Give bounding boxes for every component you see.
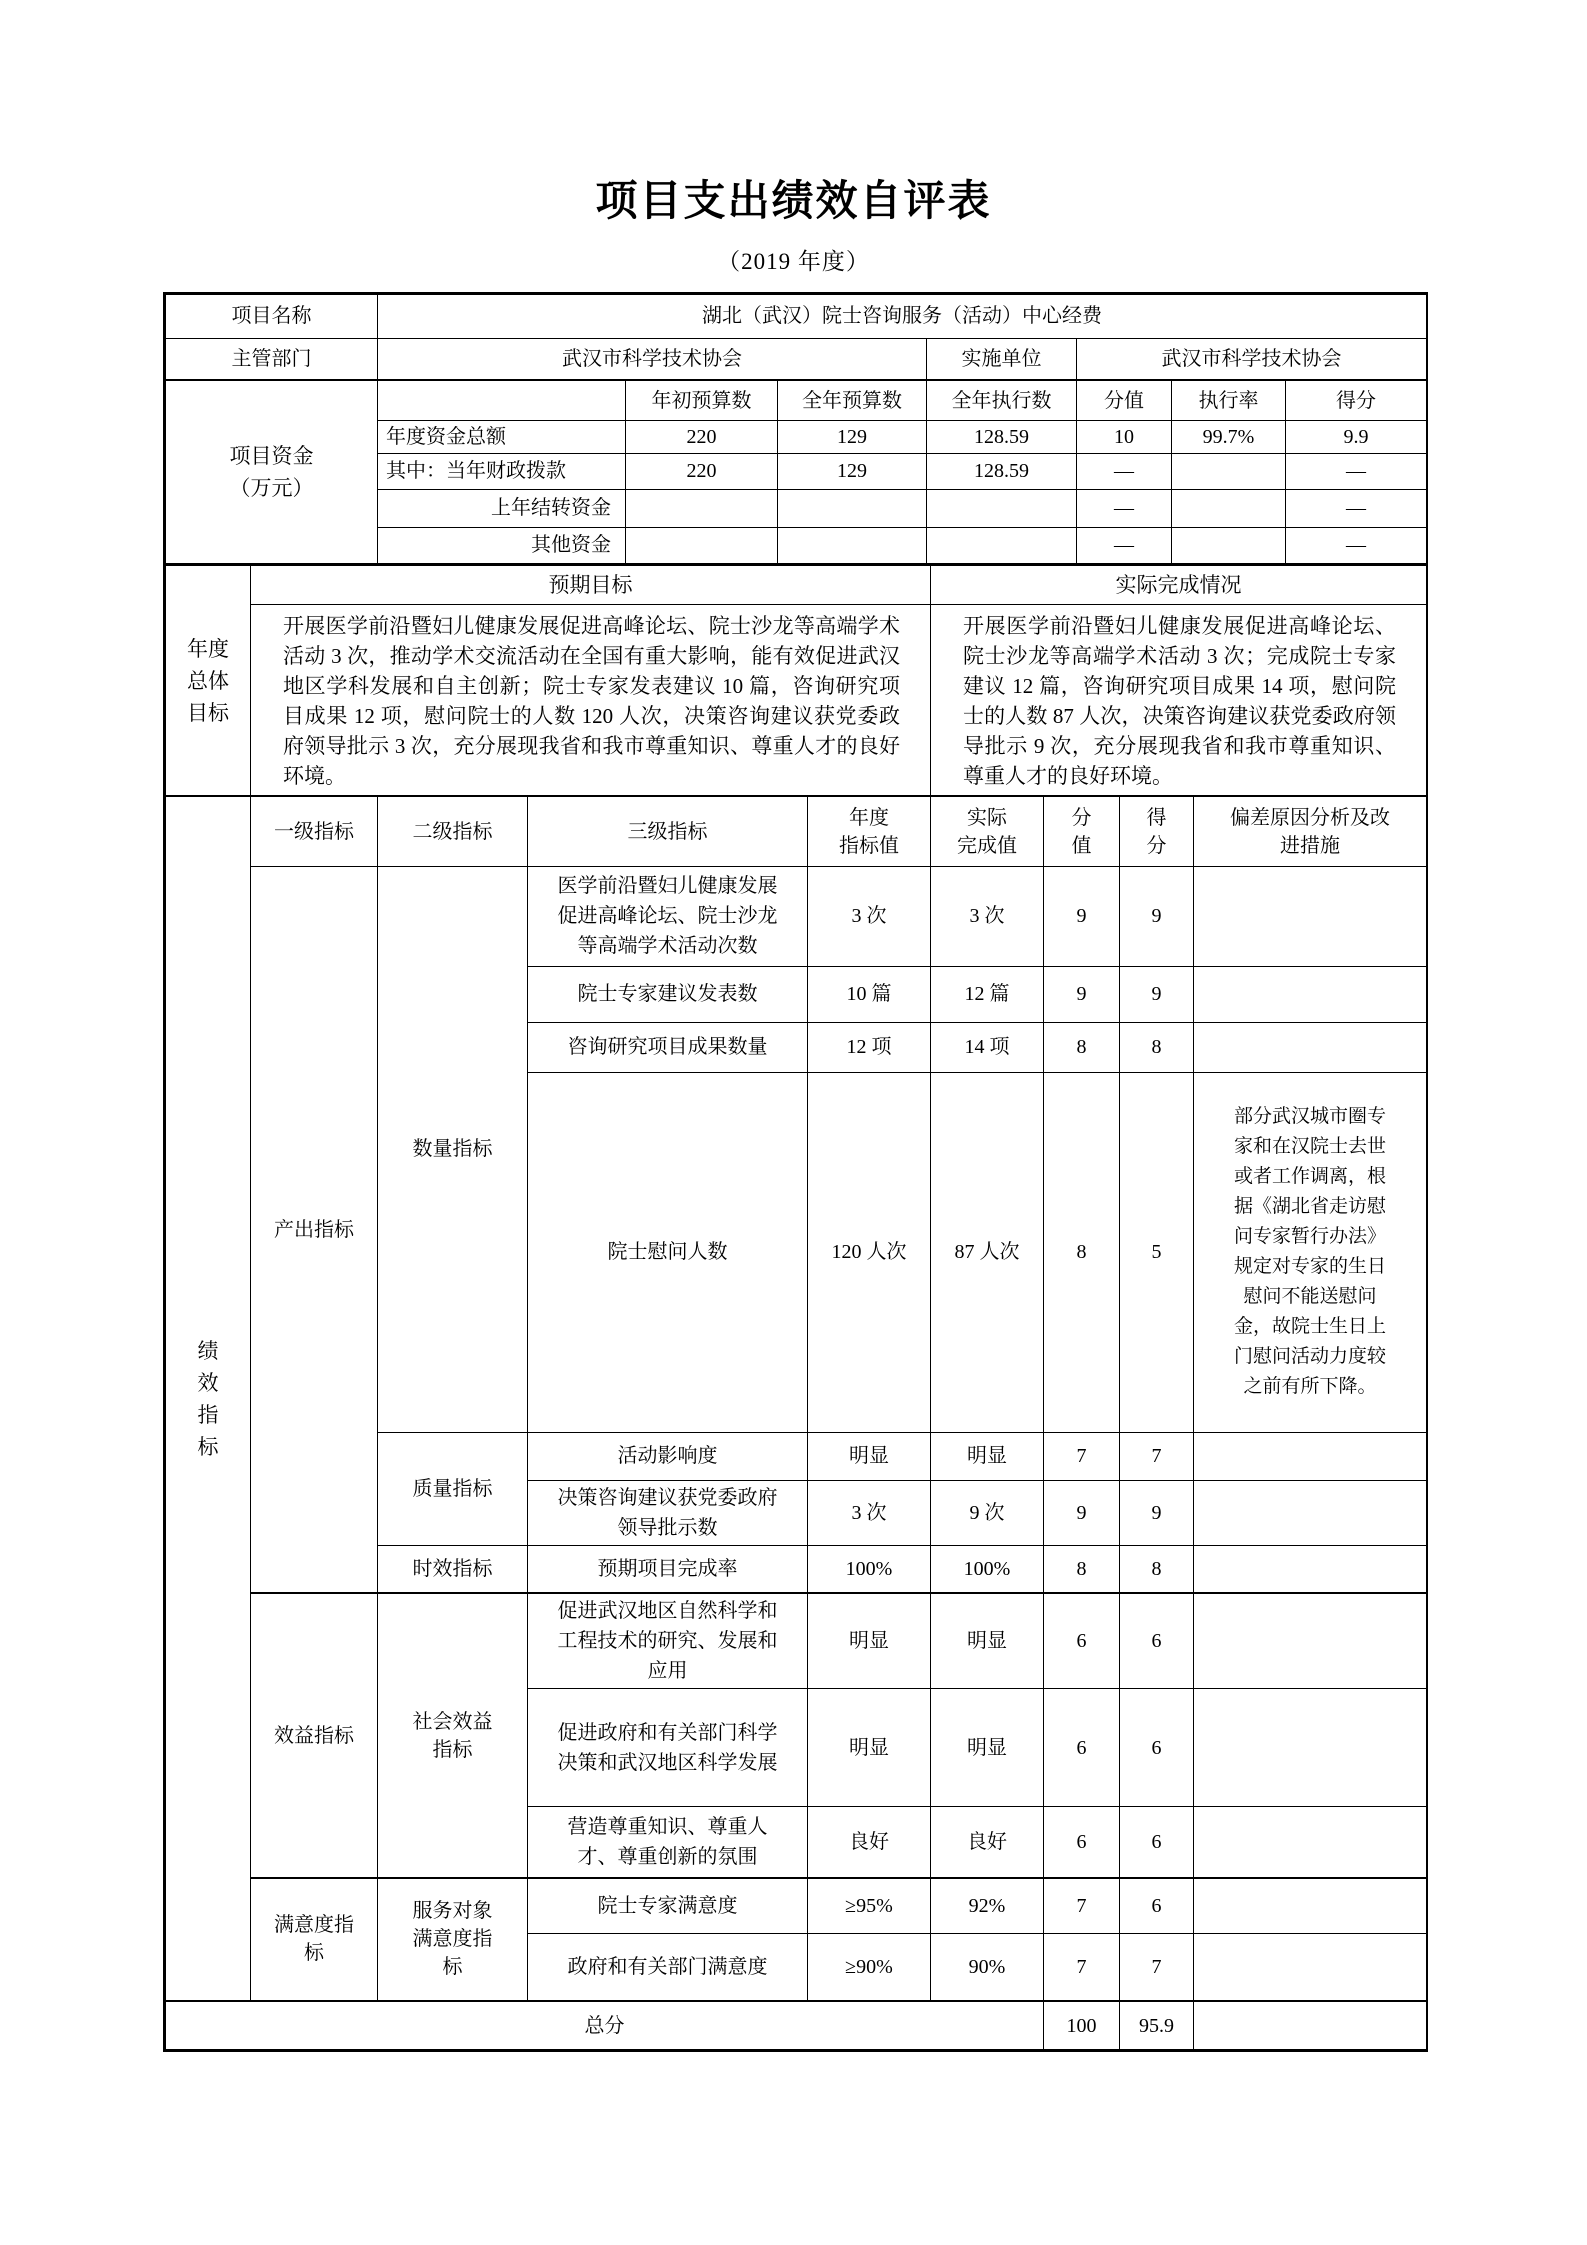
total-score: 95.9 <box>1120 2001 1194 2050</box>
indicator-score: 6 <box>1120 1689 1194 1807</box>
level1-satisfaction-label: 满意度指 标 <box>251 1878 378 2001</box>
total-row: 总分 100 95.9 <box>166 2001 1427 2050</box>
indicator-row: 产出指标 数量指标 医学前沿暨妇儿健康发展促进高峰论坛、院士沙龙等高端学术活动次… <box>166 866 1427 966</box>
indicator-deviation <box>1194 1689 1427 1807</box>
col-header-score: 得 分 <box>1120 796 1194 866</box>
indicator-name: 医学前沿暨妇儿健康发展促进高峰论坛、院士沙龙等高端学术活动次数 <box>528 866 808 966</box>
indicator-score: 6 <box>1120 1878 1194 1934</box>
indicator-target: 明显 <box>808 1432 931 1480</box>
indicator-deviation <box>1194 866 1427 966</box>
funding-row-label: 上年结转资金 <box>378 489 626 527</box>
funding-initial: 220 <box>626 420 778 453</box>
level2-service-label: 服务对象 满意度指 标 <box>378 1878 528 2001</box>
indicator-row: 满意度指 标 服务对象 满意度指 标 院士专家满意度 ≥95% 92% 7 6 <box>166 1878 1427 1934</box>
indicator-target: ≥95% <box>808 1878 931 1934</box>
indicator-score: 9 <box>1120 1480 1194 1545</box>
funding-row-label: 其中：当年财政拨款 <box>378 453 626 489</box>
indicator-score: 8 <box>1120 1022 1194 1072</box>
indicator-target: ≥90% <box>808 1934 931 2001</box>
indicator-target: 100% <box>808 1545 931 1593</box>
level2-social-label: 社会效益 指标 <box>378 1593 528 1878</box>
expected-goal-header: 预期目标 <box>251 565 931 605</box>
indicator-name: 院士慰问人数 <box>528 1072 808 1432</box>
indicator-name: 营造尊重知识、尊重人才、尊重创新的氛围 <box>528 1807 808 1878</box>
indicator-name: 院士专家建议发表数 <box>528 966 808 1022</box>
funding-executed: 128.59 <box>927 420 1077 453</box>
indicator-weight: 6 <box>1044 1807 1120 1878</box>
funding-score: 9.9 <box>1286 420 1427 453</box>
indicator-actual: 明显 <box>931 1593 1044 1689</box>
funding-weight: — <box>1077 453 1172 489</box>
funding-annual: 129 <box>778 453 927 489</box>
indicator-name: 院士专家满意度 <box>528 1878 808 1934</box>
indicator-row: 效益指标 社会效益 指标 促进武汉地区自然科学和工程技术的研究、发展和应用 明显… <box>166 1593 1427 1689</box>
indicator-target: 120 人次 <box>808 1072 931 1432</box>
indicator-actual: 9 次 <box>931 1480 1044 1545</box>
indicator-actual: 明显 <box>931 1432 1044 1480</box>
funding-col-rate: 执行率 <box>1172 380 1286 420</box>
indicator-weight: 6 <box>1044 1593 1120 1689</box>
indicator-actual: 87 人次 <box>931 1072 1044 1432</box>
indicator-target: 3 次 <box>808 866 931 966</box>
indicator-actual: 良好 <box>931 1807 1044 1878</box>
indicator-deviation <box>1194 1022 1427 1072</box>
funding-row-label: 其他资金 <box>378 527 626 563</box>
impl-value: 武汉市科学技术协会 <box>1077 338 1427 380</box>
col-header-level1: 一级指标 <box>251 796 378 866</box>
col-header-level3: 三级指标 <box>528 796 808 866</box>
dept-label: 主管部门 <box>166 338 378 380</box>
indicator-score: 7 <box>1120 1934 1194 2001</box>
total-weight: 100 <box>1044 2001 1120 2050</box>
funding-col-weight: 分值 <box>1077 380 1172 420</box>
indicator-score: 8 <box>1120 1545 1194 1593</box>
indicator-name: 决策咨询建议获党委政府领导批示数 <box>528 1480 808 1545</box>
col-header-actual: 实际 完成值 <box>931 796 1044 866</box>
level1-output-label: 产出指标 <box>251 866 378 1593</box>
funding-weight: — <box>1077 527 1172 563</box>
funding-initial <box>626 527 778 563</box>
funding-executed: 128.59 <box>927 453 1077 489</box>
indicator-actual: 3 次 <box>931 866 1044 966</box>
funding-rate <box>1172 527 1286 563</box>
indicator-score: 6 <box>1120 1593 1194 1689</box>
level2-quantity-label: 数量指标 <box>378 866 528 1432</box>
indicator-actual: 92% <box>931 1878 1044 1934</box>
indicator-weight: 9 <box>1044 866 1120 966</box>
funding-executed <box>927 527 1077 563</box>
total-empty-cell <box>1194 2001 1427 2050</box>
project-name-label: 项目名称 <box>166 294 378 338</box>
funding-weight: 10 <box>1077 420 1172 453</box>
indicator-actual: 100% <box>931 1545 1044 1593</box>
funding-col-executed: 全年执行数 <box>927 380 1077 420</box>
page-subtitle: （2019 年度） <box>0 224 1587 276</box>
indicator-weight: 8 <box>1044 1022 1120 1072</box>
indicator-name: 预期项目完成率 <box>528 1545 808 1593</box>
total-label: 总分 <box>166 2001 1044 2050</box>
funding-score: — <box>1286 489 1427 527</box>
col-header-weight: 分 值 <box>1044 796 1120 866</box>
funding-weight: — <box>1077 489 1172 527</box>
indicator-weight: 6 <box>1044 1689 1120 1807</box>
indicator-actual: 12 篇 <box>931 966 1044 1022</box>
level1-benefit-label: 效益指标 <box>251 1593 378 1878</box>
document-page: 项目支出绩效自评表 （2019 年度） 项目名称 湖北（武汉）院士咨询服务（活动… <box>0 0 1587 2245</box>
funding-executed <box>927 489 1077 527</box>
funding-score: — <box>1286 527 1427 563</box>
indicator-target: 12 项 <box>808 1022 931 1072</box>
indicator-deviation <box>1194 1432 1427 1480</box>
indicator-name: 政府和有关部门满意度 <box>528 1934 808 2001</box>
funding-score: — <box>1286 453 1427 489</box>
indicator-name: 活动影响度 <box>528 1432 808 1480</box>
col-header-deviation: 偏差原因分析及改 进措施 <box>1194 796 1427 866</box>
indicator-deviation: 部分武汉城市圈专家和在汉院士去世或者工作调离，根据《湖北省走访慰问专家暂行办法》… <box>1194 1072 1427 1432</box>
funding-initial: 220 <box>626 453 778 489</box>
indicator-deviation <box>1194 1878 1427 1934</box>
annual-goal-section-label: 年度 总体 目标 <box>166 565 251 797</box>
indicator-actual: 90% <box>931 1934 1044 2001</box>
funding-rate <box>1172 453 1286 489</box>
indicator-weight: 9 <box>1044 966 1120 1022</box>
actual-result-header: 实际完成情况 <box>931 565 1427 605</box>
indicator-score: 9 <box>1120 866 1194 966</box>
actual-result-text: 开展医学前沿暨妇儿健康发展促进高峰论坛、院士沙龙等高端学术活动 3 次；完成院士… <box>931 605 1427 797</box>
indicator-deviation <box>1194 1545 1427 1593</box>
level2-timeliness-label: 时效指标 <box>378 1545 528 1593</box>
indicator-deviation <box>1194 966 1427 1022</box>
indicator-section-label: 绩 效 指 标 <box>166 796 251 2001</box>
level2-quality-label: 质量指标 <box>378 1432 528 1545</box>
indicator-score: 6 <box>1120 1807 1194 1878</box>
indicator-target: 10 篇 <box>808 966 931 1022</box>
indicator-deviation <box>1194 1480 1427 1545</box>
indicator-weight: 7 <box>1044 1878 1120 1934</box>
indicator-weight: 7 <box>1044 1432 1120 1480</box>
funding-empty-cell <box>378 380 626 420</box>
indicator-target: 明显 <box>808 1593 931 1689</box>
indicator-name: 咨询研究项目成果数量 <box>528 1022 808 1072</box>
page-title: 项目支出绩效自评表 <box>0 0 1587 224</box>
dept-value: 武汉市科学技术协会 <box>378 338 927 380</box>
evaluation-table: 项目名称 湖北（武汉）院士咨询服务（活动）中心经费 主管部门 武汉市科学技术协会… <box>163 292 1428 2053</box>
indicator-deviation <box>1194 1934 1427 2001</box>
indicator-score: 9 <box>1120 966 1194 1022</box>
funding-col-annual: 全年预算数 <box>778 380 927 420</box>
indicator-actual: 14 项 <box>931 1022 1044 1072</box>
indicator-score: 5 <box>1120 1072 1194 1432</box>
indicator-score: 7 <box>1120 1432 1194 1480</box>
funding-rate <box>1172 489 1286 527</box>
indicator-deviation <box>1194 1593 1427 1689</box>
funding-section-label: 项目资金 （万元） <box>166 380 378 563</box>
indicator-weight: 8 <box>1044 1545 1120 1593</box>
indicator-target: 3 次 <box>808 1480 931 1545</box>
col-header-level2: 二级指标 <box>378 796 528 866</box>
indicator-target: 明显 <box>808 1689 931 1807</box>
indicator-name: 促进武汉地区自然科学和工程技术的研究、发展和应用 <box>528 1593 808 1689</box>
indicator-deviation <box>1194 1807 1427 1878</box>
funding-annual <box>778 489 927 527</box>
impl-label: 实施单位 <box>927 338 1077 380</box>
expected-goal-text: 开展医学前沿暨妇儿健康发展促进高峰论坛、院士沙龙等高端学术活动 3 次，推动学术… <box>251 605 931 797</box>
indicator-actual: 明显 <box>931 1689 1044 1807</box>
funding-col-score: 得分 <box>1286 380 1427 420</box>
funding-col-initial: 年初预算数 <box>626 380 778 420</box>
indicator-name: 促进政府和有关部门科学决策和武汉地区科学发展 <box>528 1689 808 1807</box>
col-header-target: 年度 指标值 <box>808 796 931 866</box>
funding-annual: 129 <box>778 420 927 453</box>
indicator-weight: 7 <box>1044 1934 1120 2001</box>
project-name-value: 湖北（武汉）院士咨询服务（活动）中心经费 <box>378 294 1427 338</box>
header-funding-table: 项目名称 湖北（武汉）院士咨询服务（活动）中心经费 主管部门 武汉市科学技术协会… <box>165 294 1427 564</box>
funding-rate: 99.7% <box>1172 420 1286 453</box>
funding-row-label: 年度资金总额 <box>378 420 626 453</box>
indicator-target: 良好 <box>808 1807 931 1878</box>
funding-initial <box>626 489 778 527</box>
goal-indicator-table: 年度 总体 目标 预期目标 实际完成情况 开展医学前沿暨妇儿健康发展促进高峰论坛… <box>165 564 1427 2051</box>
indicator-weight: 8 <box>1044 1072 1120 1432</box>
funding-annual <box>778 527 927 563</box>
indicator-weight: 9 <box>1044 1480 1120 1545</box>
